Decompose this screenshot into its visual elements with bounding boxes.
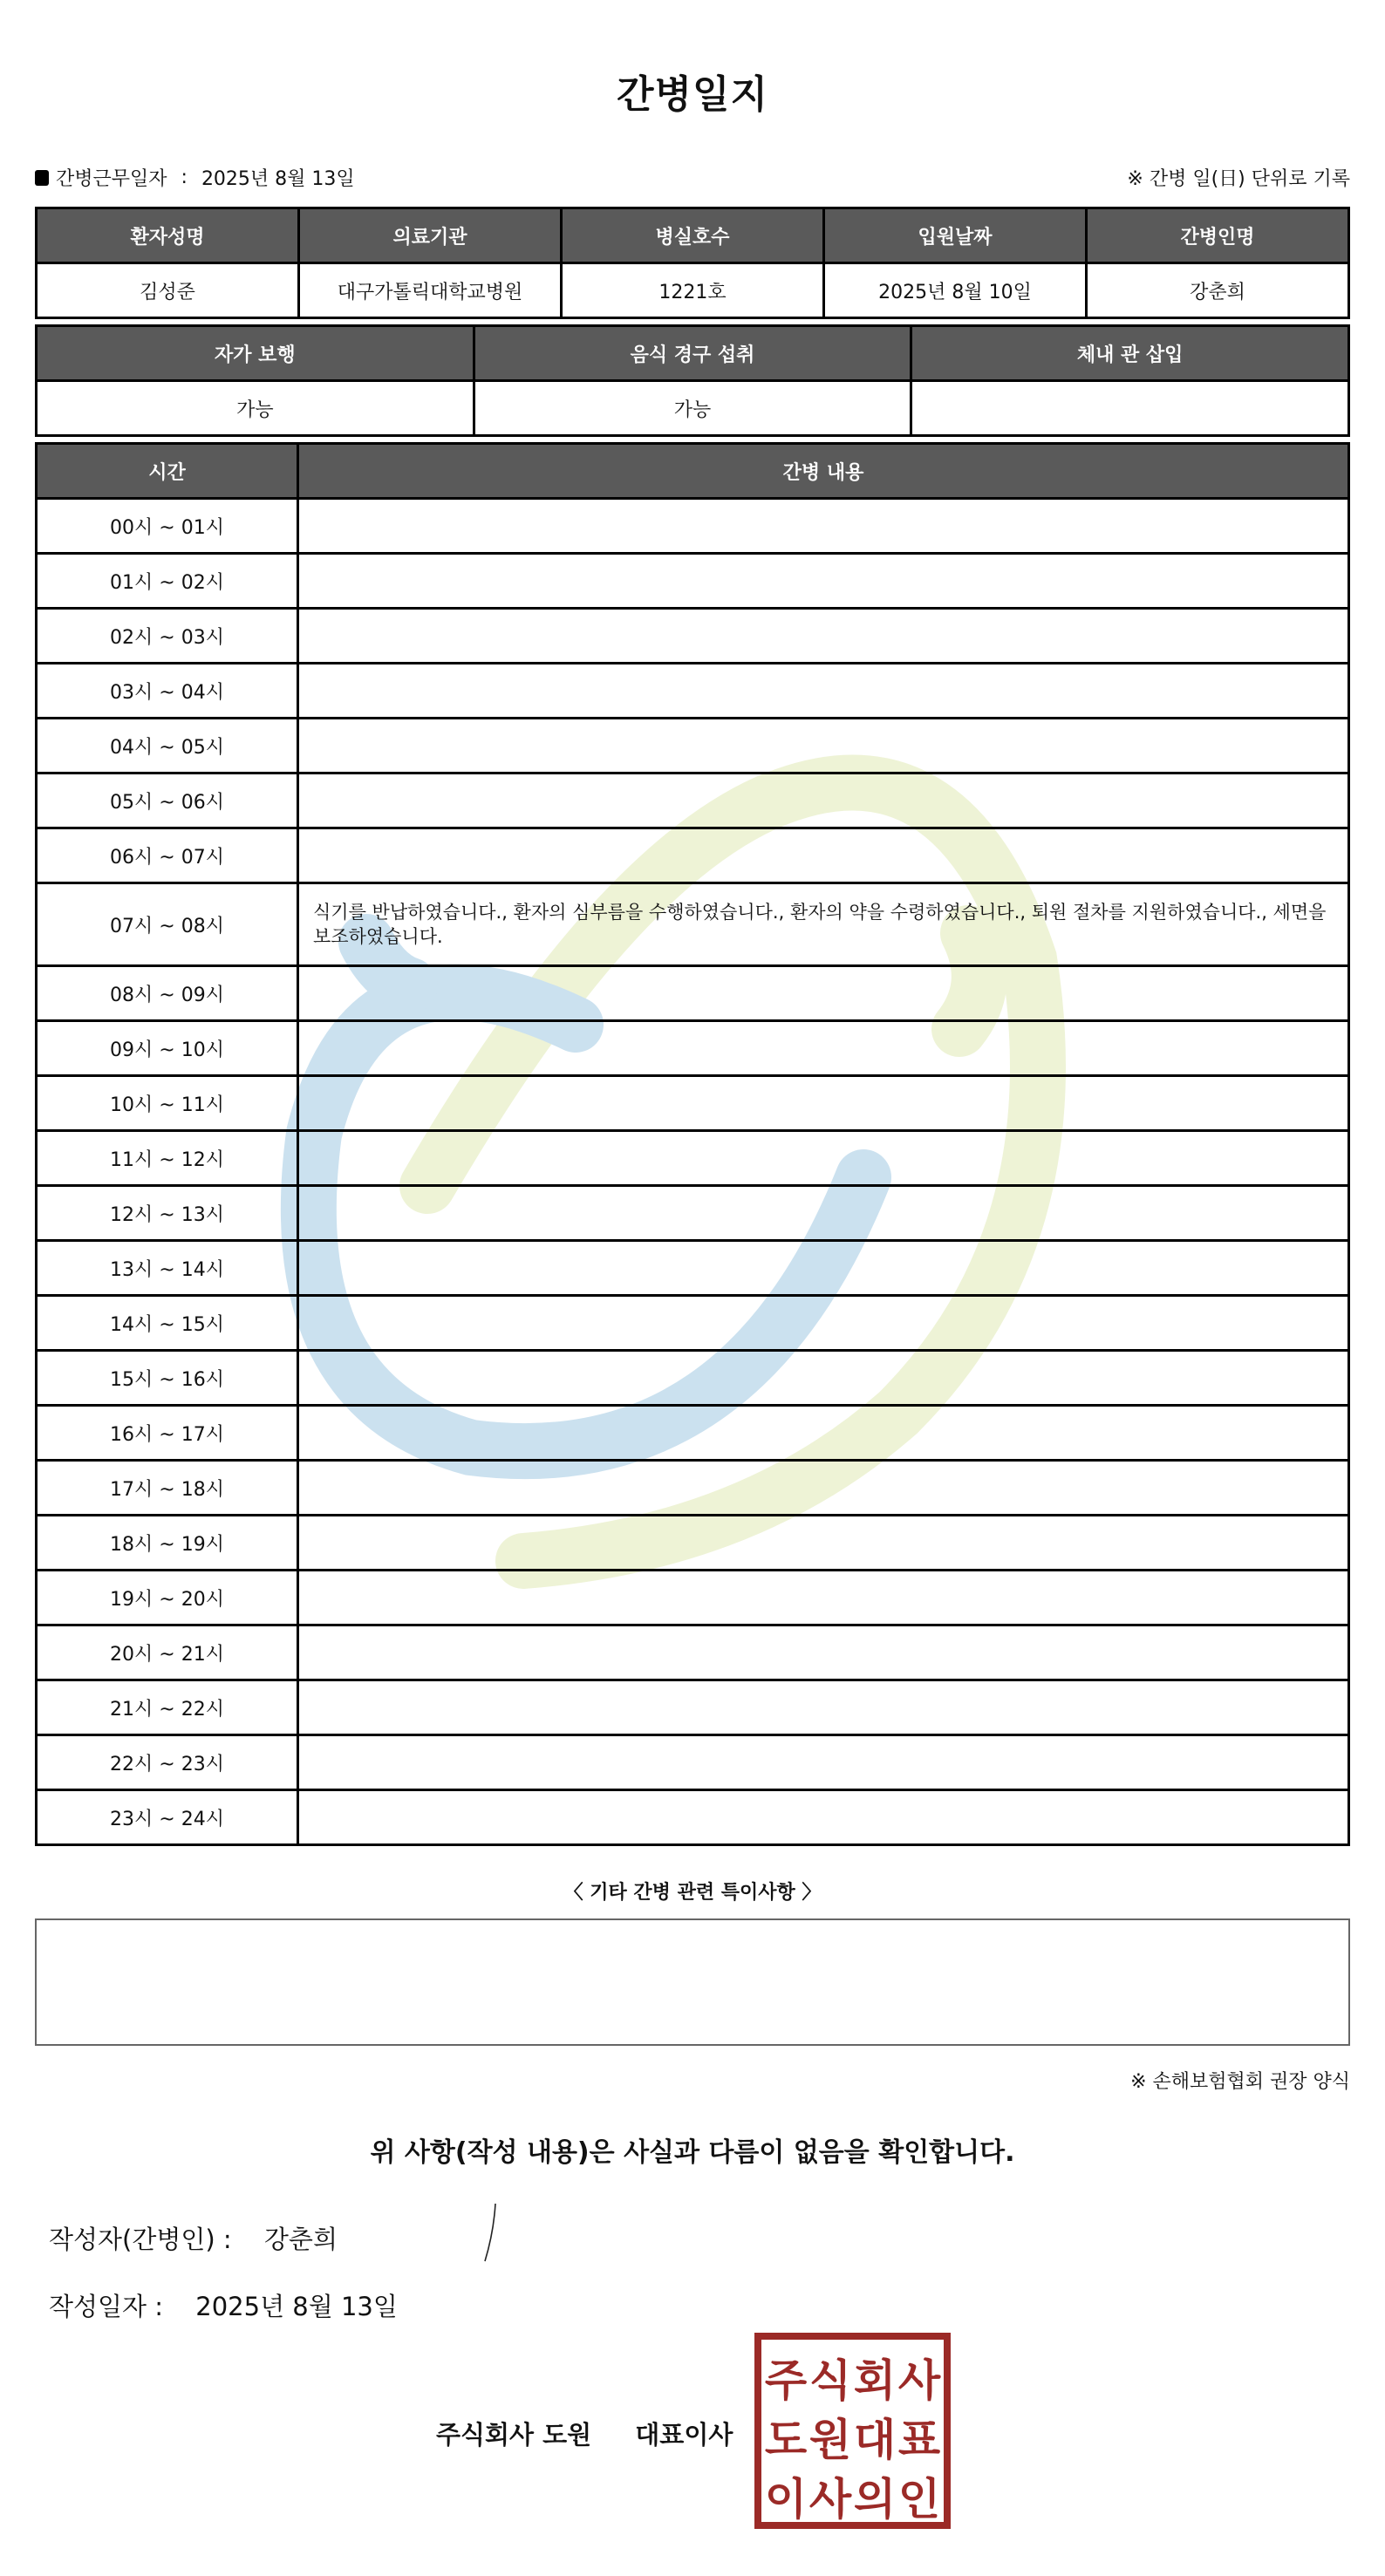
written-date-line: 작성일자 : 2025년 8월 13일	[49, 2287, 398, 2323]
written-date-value: 2025년 8월 13일	[195, 2292, 398, 2321]
table-row: 23시 ~ 24시	[37, 1790, 1349, 1845]
written-date-label: 작성일자 :	[49, 2292, 163, 2321]
table-row: 10시 ~ 11시	[37, 1076, 1349, 1131]
time-slot: 08시 ~ 09시	[37, 966, 298, 1021]
stamp-glyph: 이	[765, 2474, 807, 2525]
care-content-cell	[298, 828, 1349, 883]
stamp-glyph: 표	[898, 2415, 941, 2465]
care-content-cell	[298, 1131, 1349, 1186]
header-self-walking: 자가 보행	[37, 326, 474, 381]
stamp-glyph: 사	[809, 2474, 852, 2525]
company-name: 주식회사 도원	[436, 2420, 591, 2450]
table-row: 가능 가능	[37, 381, 1349, 436]
header-hospital: 의료기관	[299, 208, 562, 263]
company-seal-stamp: 주식회사도원대표이사의인	[754, 2333, 951, 2529]
stamp-glyph: 원	[809, 2415, 851, 2465]
room-number: 1221호	[562, 263, 824, 318]
table-row: 03시 ~ 04시	[37, 664, 1349, 719]
admission-date: 2025년 8월 10일	[824, 263, 1087, 318]
care-content-cell	[298, 1186, 1349, 1241]
company-line: 주식회사 도원 대표이사	[436, 2416, 733, 2451]
care-content-cell	[298, 1461, 1349, 1516]
time-slot: 22시 ~ 23시	[37, 1735, 298, 1790]
table-row: 07시 ~ 08시식기를 반납하였습니다., 환자의 심부름을 수행하였습니다.…	[37, 883, 1349, 966]
oral-intake-value: 가능	[474, 381, 911, 436]
table-row: 00시 ~ 01시	[37, 499, 1349, 554]
table-row: 08시 ~ 09시	[37, 966, 1349, 1021]
time-slot: 16시 ~ 17시	[37, 1406, 298, 1461]
table-row: 12시 ~ 13시	[37, 1186, 1349, 1241]
stamp-glyph: 도	[765, 2415, 808, 2465]
time-slot: 00시 ~ 01시	[37, 499, 298, 554]
stamp-glyph: 사	[898, 2355, 941, 2406]
header-room: 병실호수	[562, 208, 824, 263]
header-patient-name: 환자성명	[37, 208, 299, 263]
meta-row: 간병근무일자 : 2025년 8월 13일 ※ 간병 일(日) 단위로 기록	[35, 164, 1350, 190]
work-date-value: 2025년 8월 13일	[201, 164, 355, 191]
self-walking-value: 가능	[37, 381, 474, 436]
care-content-cell	[298, 1241, 1349, 1296]
care-content-cell	[298, 1735, 1349, 1790]
stamp-glyph: 인	[898, 2474, 940, 2525]
table-row: 02시 ~ 03시	[37, 609, 1349, 664]
table-row: 01시 ~ 02시	[37, 554, 1349, 609]
table-header-row: 시간 간병 내용	[37, 444, 1349, 499]
time-slot: 18시 ~ 19시	[37, 1516, 298, 1571]
table-header-row: 환자성명 의료기관 병실호수 입원날짜 간병인명	[37, 208, 1349, 263]
stamp-glyph: 식	[809, 2355, 851, 2406]
table-row: 22시 ~ 23시	[37, 1735, 1349, 1790]
care-content-cell	[298, 1351, 1349, 1406]
time-slot: 11시 ~ 12시	[37, 1131, 298, 1186]
header-admission-date: 입원날짜	[824, 208, 1087, 263]
care-content-cell	[298, 719, 1349, 773]
care-content-cell	[298, 609, 1349, 664]
time-slot: 19시 ~ 20시	[37, 1571, 298, 1625]
work-date-separator: :	[181, 167, 188, 188]
square-bullet-icon	[35, 170, 49, 186]
table-row: 06시 ~ 07시	[37, 828, 1349, 883]
patient-status-table: 자가 보행 음식 경구 섭취 체내 관 삽입 가능 가능	[35, 324, 1350, 437]
patient-info-table: 환자성명 의료기관 병실호수 입원날짜 간병인명 김성준 대구가톨릭대학교병원 …	[35, 207, 1350, 319]
record-unit-note: ※ 간병 일(日) 단위로 기록	[1127, 164, 1350, 191]
stamp-glyph: 의	[854, 2474, 896, 2525]
care-content-cell	[298, 1076, 1349, 1131]
author-name: 강춘희	[264, 2225, 338, 2254]
time-slot: 12시 ~ 13시	[37, 1186, 298, 1241]
care-content-cell	[298, 1625, 1349, 1680]
time-slot: 04시 ~ 05시	[37, 719, 298, 773]
care-content-cell	[298, 1021, 1349, 1076]
table-header-row: 자가 보행 음식 경구 섭취 체내 관 삽입	[37, 326, 1349, 381]
time-slot: 10시 ~ 11시	[37, 1076, 298, 1131]
caregiver-name: 강춘희	[1087, 263, 1349, 318]
care-content-cell	[298, 1516, 1349, 1571]
time-slot: 23시 ~ 24시	[37, 1790, 298, 1845]
time-slot: 20시 ~ 21시	[37, 1625, 298, 1680]
form-source-note: ※ 손해보험협회 권장 양식	[1130, 2067, 1350, 2094]
remarks-title: 〈 기타 간병 관련 특이사항 〉	[35, 1877, 1350, 1905]
confirmation-statement: 위 사항(작성 내용)은 사실과 다름이 없음을 확인합니다.	[35, 2130, 1350, 2169]
table-row: 09시 ~ 10시	[37, 1021, 1349, 1076]
stamp-glyph: 회	[854, 2355, 896, 2406]
time-slot: 03시 ~ 04시	[37, 664, 298, 719]
author-line: 작성자(간병인) : 강춘희	[49, 2220, 338, 2256]
time-slot: 06시 ~ 07시	[37, 828, 298, 883]
time-slot: 07시 ~ 08시	[37, 883, 298, 966]
table-row: 11시 ~ 12시	[37, 1131, 1349, 1186]
table-row: 18시 ~ 19시	[37, 1516, 1349, 1571]
time-slot: 05시 ~ 06시	[37, 773, 298, 828]
table-row: 13시 ~ 14시	[37, 1241, 1349, 1296]
table-row: 05시 ~ 06시	[37, 773, 1349, 828]
time-slot: 01시 ~ 02시	[37, 554, 298, 609]
table-row: 16시 ~ 17시	[37, 1406, 1349, 1461]
work-date-label: 간병근무일자	[56, 164, 167, 191]
table-row: 04시 ~ 05시	[37, 719, 1349, 773]
hospital: 대구가톨릭대학교병원	[299, 263, 562, 318]
care-content-cell	[298, 1296, 1349, 1351]
time-slot: 21시 ~ 22시	[37, 1680, 298, 1735]
tube-insertion-value	[911, 381, 1349, 436]
care-schedule-table: 시간 간병 내용 00시 ~ 01시01시 ~ 02시02시 ~ 03시03시 …	[35, 442, 1350, 1846]
author-label: 작성자(간병인) :	[49, 2225, 232, 2254]
table-row: 20시 ~ 21시	[37, 1625, 1349, 1680]
care-content-cell	[298, 1680, 1349, 1735]
remarks-box	[35, 1918, 1350, 2046]
table-row: 14시 ~ 15시	[37, 1296, 1349, 1351]
table-row: 17시 ~ 18시	[37, 1461, 1349, 1516]
care-content-cell	[298, 554, 1349, 609]
time-slot: 13시 ~ 14시	[37, 1241, 298, 1296]
stamp-glyph: 대	[854, 2415, 896, 2465]
care-content-cell	[298, 664, 1349, 719]
care-content-cell	[298, 499, 1349, 554]
table-row: 김성준 대구가톨릭대학교병원 1221호 2025년 8월 10일 강춘희	[37, 263, 1349, 318]
header-time: 시간	[37, 444, 298, 499]
header-oral-intake: 음식 경구 섭취	[474, 326, 911, 381]
page-title: 간병일지	[35, 63, 1350, 119]
patient-name: 김성준	[37, 263, 299, 318]
care-content-cell	[298, 773, 1349, 828]
table-row: 15시 ~ 16시	[37, 1351, 1349, 1406]
header-care-content: 간병 내용	[298, 444, 1349, 499]
care-content-cell	[298, 1790, 1349, 1845]
time-slot: 02시 ~ 03시	[37, 609, 298, 664]
care-content-cell: 식기를 반납하였습니다., 환자의 심부름을 수행하였습니다., 환자의 약을 …	[298, 883, 1349, 966]
header-caregiver: 간병인명	[1087, 208, 1349, 263]
header-tube-insertion: 체내 관 삽입	[911, 326, 1349, 381]
time-slot: 15시 ~ 16시	[37, 1351, 298, 1406]
care-content-cell	[298, 1406, 1349, 1461]
care-content-cell	[298, 966, 1349, 1021]
table-row: 21시 ~ 22시	[37, 1680, 1349, 1735]
ceo-title: 대표이사	[635, 2420, 733, 2450]
care-content-cell	[298, 1571, 1349, 1625]
table-row: 19시 ~ 20시	[37, 1571, 1349, 1625]
time-slot: 14시 ~ 15시	[37, 1296, 298, 1351]
time-slot: 17시 ~ 18시	[37, 1461, 298, 1516]
work-date: 간병근무일자 : 2025년 8월 13일	[35, 164, 355, 191]
time-slot: 09시 ~ 10시	[37, 1021, 298, 1076]
signature-stroke	[481, 2202, 499, 2263]
stamp-glyph: 주	[765, 2355, 808, 2406]
